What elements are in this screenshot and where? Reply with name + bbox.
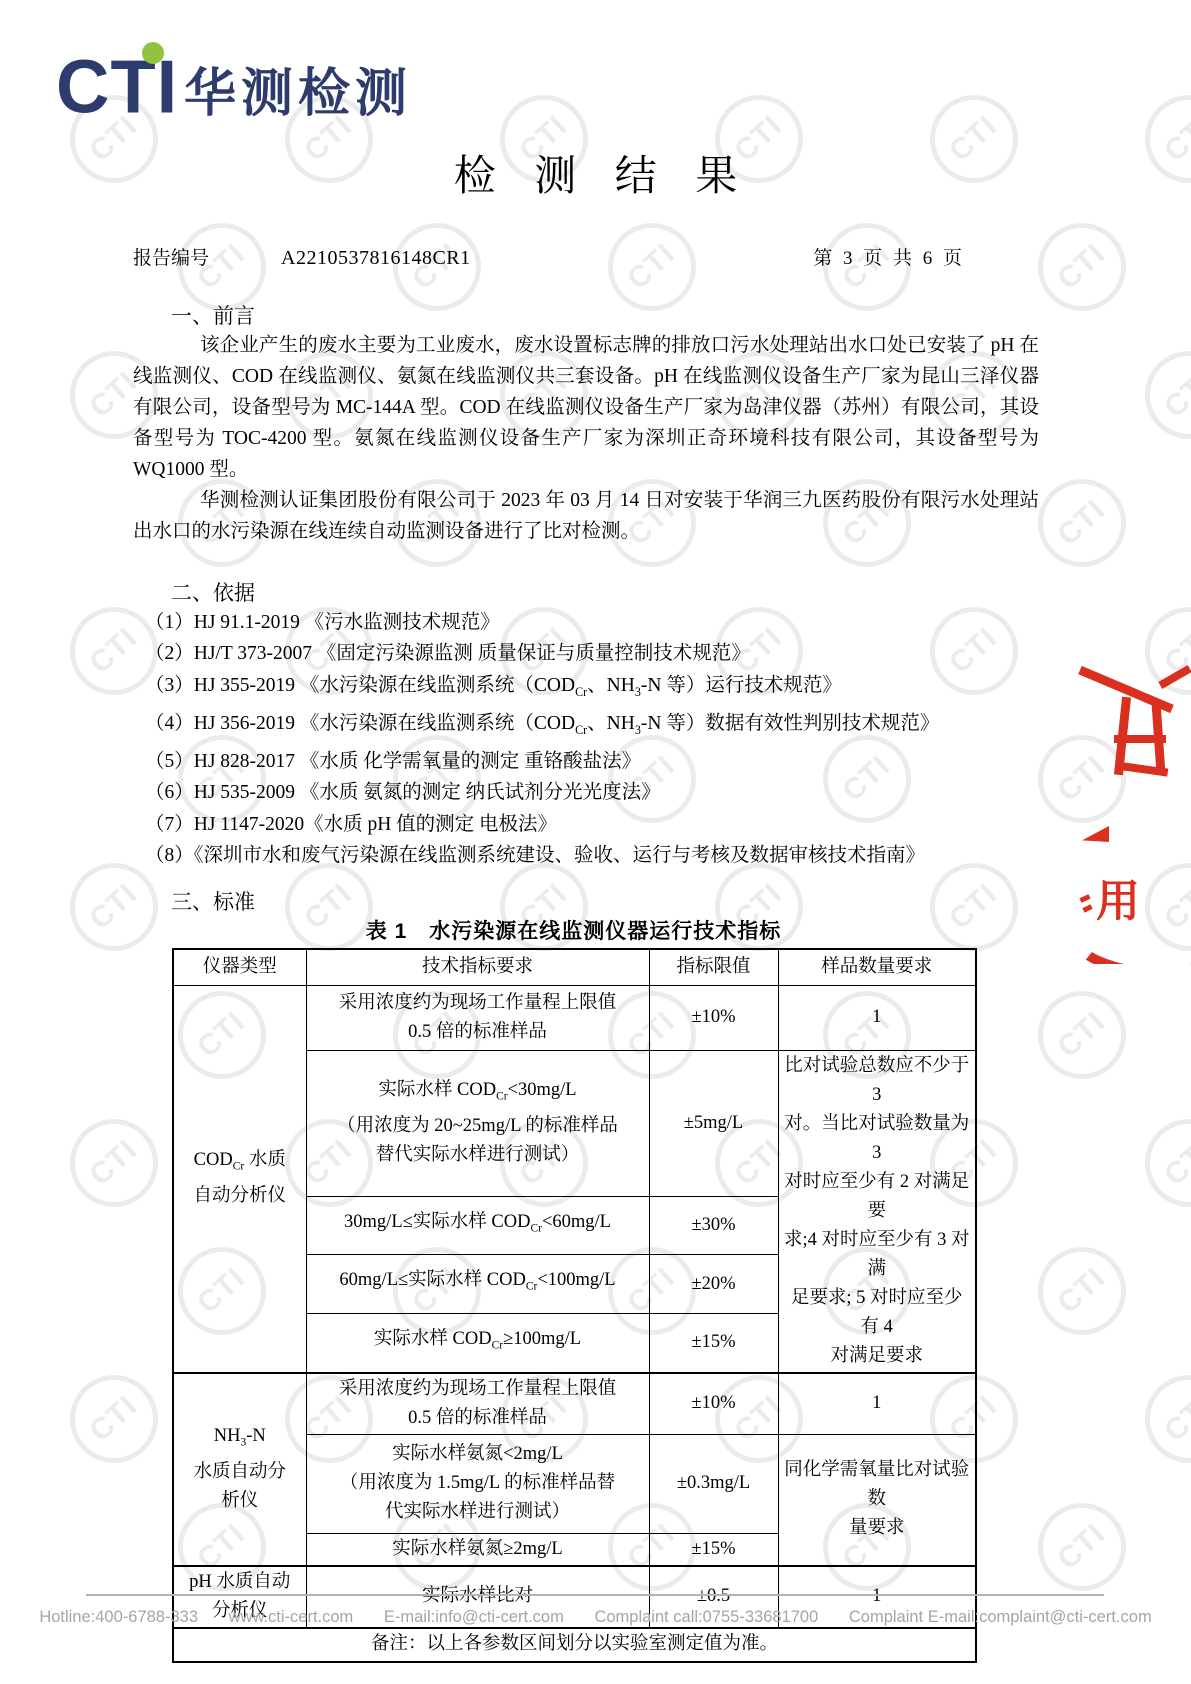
table1-title: 表 1 水污染源在线监测仪器运行技术指标 (172, 915, 975, 945)
cell-limit-r1: ±10% (649, 985, 778, 1050)
page-title: 检 测 结 果 (0, 143, 1191, 203)
table-header-row: 仪器类型 技术指标要求 指标限值 样品数量要求 (173, 949, 976, 985)
report-no-label: 报告编号 (133, 243, 209, 270)
footer-divider (86, 1594, 1104, 1596)
cell-limit-r6: ±10% (649, 1373, 778, 1435)
footer-hotline: Hotline:400-6788-333 (39, 1608, 198, 1626)
seal-triangle-fragment (1082, 826, 1109, 842)
section1-heading: 一、前言 (171, 300, 255, 330)
cell-req-r1: 采用浓度约为现场工作量程上限值 0.5 倍的标准样品 (306, 985, 649, 1050)
reference-item-1: （1）HJ 91.1-2019 《污水监测技术规范》 (145, 607, 1055, 638)
reference-item-8: （8）《深圳市水和废气污染源在线监测系统建设、验收、运行与考核及数据审核技术指南… (145, 840, 1055, 871)
section2-heading: 二、依据 (171, 577, 255, 607)
section3-heading: 三、标准 (171, 886, 255, 916)
seal-stroke (1082, 904, 1092, 912)
footer-complaint-call: Complaint call:0755-33681700 (594, 1608, 818, 1626)
reference-item-7: （7）HJ 1147-2020《水质 pH 值的测定 电极法》 (145, 809, 1055, 840)
col-header-limit: 指标限值 (649, 949, 778, 985)
col-header-sample-count: 样品数量要求 (778, 949, 976, 985)
cell-group-codcr: CODCr 水质 自动分析仪 (173, 985, 306, 1373)
report-no-value: A2210537816148CR1 (281, 247, 471, 270)
cell-req-r7: 实际水样氨氮<2mg/L （用浓度为 1.5mg/L 的标准样品替 代实际水样进… (306, 1434, 649, 1533)
seal-stroke (1114, 735, 1166, 743)
cell-sample-r1: 1 (778, 985, 976, 1050)
reference-item-2: （2）HJ/T 373-2007 《固定污染源监测 质量保证与质量控制技术规范》 (145, 638, 1055, 669)
cell-req-r4: 60mg/L≤实际水样 CODCr<100mg/L (306, 1255, 649, 1313)
footer-complaint-email: Complaint E-mail:complaint@cti-cert.com (849, 1608, 1152, 1626)
cell-sample-r6: 1 (778, 1373, 976, 1435)
cell-limit-r8: ±15% (649, 1533, 778, 1566)
cti-logo-chinese: 华测检测 (184, 68, 412, 120)
cell-limit-r5: ±15% (649, 1313, 778, 1372)
footer-website: www.cti-cert.com (229, 1608, 354, 1626)
reference-item-6: （6）HJ 535-2009 《水质 氨氮的测定 纳氏试剂分光光度法》 (145, 777, 1055, 808)
reference-list: （1）HJ 91.1-2019 《污水监测技术规范》 （2）HJ/T 373-2… (145, 607, 1055, 871)
cti-logo-green-dot-icon (142, 42, 164, 64)
spec-table: 仪器类型 技术指标要求 指标限值 样品数量要求 CODCr 水质 自动分析仪 采… (172, 948, 977, 1663)
page-number-info: 第 3 页 共 6 页 (813, 243, 965, 270)
cell-req-r5: 实际水样 CODCr≥100mg/L (306, 1313, 649, 1372)
cell-req-r8: 实际水样氨氮≥2mg/L (306, 1533, 649, 1566)
cell-req-r2: 实际水样 CODCr<30mg/L （用浓度为 20~25mg/L 的标准样品 … (306, 1050, 649, 1196)
col-header-instrument-type: 仪器类型 (173, 949, 306, 985)
cell-limit-r2: ±5mg/L (649, 1050, 778, 1196)
reference-item-3: （3）HJ 355-2019 《水污染源在线监测系统（CODCr、NH3-N 等… (145, 670, 1055, 708)
reference-item-4: （4）HJ 356-2019 《水污染源在线监测系统（CODCr、NH3-N 等… (145, 708, 1055, 746)
cell-sample-nh3-group: 同化学需氧量比对试验数 量要求 (778, 1434, 976, 1566)
seal-fragment-top (1078, 663, 1191, 795)
cell-req-r3: 30mg/L≤实际水样 CODCr<60mg/L (306, 1196, 649, 1254)
table-note-row: 备注：以上各参数区间划分以实验室测定值为准。 (173, 1628, 976, 1662)
reference-item-5: （5）HJ 828-2017 《水质 化学需氧量的测定 重铬酸盐法》 (145, 746, 1055, 777)
section1-paragraph1: 该企业产生的废水主要为工业废水，废水设置标志牌的排放口污水处理站出水口处已安装了… (133, 330, 1039, 485)
seal-stroke (1158, 665, 1191, 689)
seal-stroke (1079, 894, 1090, 903)
report-header-row: 报告编号 A2210537816148CR1 第 3 页 共 6 页 (133, 243, 965, 270)
footer-email: E-mail:info@cti-cert.com (384, 1608, 564, 1626)
cell-limit-r3: ±30% (649, 1196, 778, 1254)
cell-limit-r7: ±0.3mg/L (649, 1434, 778, 1533)
cell-req-r6: 采用浓度约为现场工作量程上限值 0.5 倍的标准样品 (306, 1373, 649, 1435)
cti-logo: CTI 华测检测 (54, 36, 474, 136)
table-row: CODCr 水质 自动分析仪 采用浓度约为现场工作量程上限值 0.5 倍的标准样… (173, 985, 976, 1050)
cell-limit-r4: ±20% (649, 1255, 778, 1313)
table-note: 备注：以上各参数区间划分以实验室测定值为准。 (173, 1628, 976, 1662)
col-header-tech-requirement: 技术指标要求 (306, 949, 649, 985)
footer: Hotline:400-6788-333 www.cti-cert.com E-… (0, 1608, 1191, 1627)
cell-sample-cod-group: 比对试验总数应不少于 3 对。当比对试验数量为 3 对时应至少有 2 对满足要 … (778, 1050, 976, 1373)
seal-arc-fragment (1080, 916, 1191, 964)
section1-paragraph2: 华测检测认证集团股份有限公司于 2023 年 03 月 14 日对安装于华润三九… (133, 485, 1039, 547)
cell-group-nh3n: NH3-N 水质自动分 析仪 (173, 1373, 306, 1566)
table-row: NH3-N 水质自动分 析仪 采用浓度约为现场工作量程上限值 0.5 倍的标准样… (173, 1373, 976, 1435)
